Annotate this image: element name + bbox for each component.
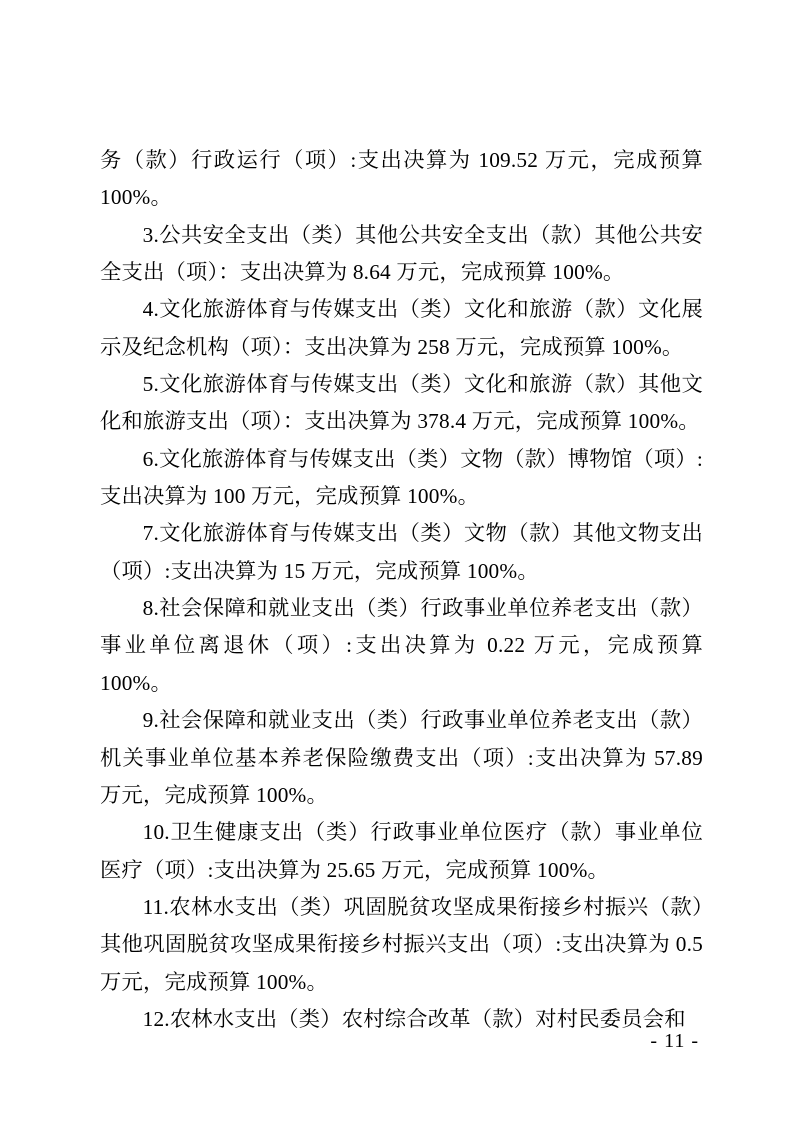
paragraph-continuation-item2: 务（款）行政运行（项）:支出决算为 109.52 万元，完成预算 100%。 [100, 142, 703, 217]
paragraph-item12: 12.农林水支出（类）农村综合改革（款）对村民委员会和 [100, 1001, 703, 1038]
document-body-text: 务（款）行政运行（项）:支出决算为 109.52 万元，完成预算 100%。 3… [100, 142, 703, 1038]
paragraph-item8: 8.社会保障和就业支出（类）行政事业单位养老支出（款）事业单位离退休（项）:支出… [100, 590, 703, 702]
paragraph-item5: 5.文化旅游体育与传媒支出（类）文化和旅游（款）其他文化和旅游支出（项）：支出决… [100, 366, 703, 441]
paragraph-item4: 4.文化旅游体育与传媒支出（类）文化和旅游（款）文化展示及纪念机构（项）：支出决… [100, 291, 703, 366]
paragraph-item11: 11.农林水支出（类）巩固脱贫攻坚成果衔接乡村振兴（款）其他巩固脱贫攻坚成果衔接… [100, 889, 703, 1001]
paragraph-item9: 9.社会保障和就业支出（类）行政事业单位养老支出（款）机关事业单位基本养老保险缴… [100, 702, 703, 814]
document-page: 务（款）行政运行（项）:支出决算为 109.52 万元，完成预算 100%。 3… [0, 0, 793, 1122]
paragraph-item3: 3.公共安全支出（类）其他公共安全支出（款）其他公共安全支出（项）：支出决算为 … [100, 217, 703, 292]
paragraph-item6: 6.文化旅游体育与传媒支出（类）文物（款）博物馆（项）:支出决算为 100 万元… [100, 441, 703, 516]
paragraph-item10: 10.卫生健康支出（类）行政事业单位医疗（款）事业单位医疗（项）:支出决算为 2… [100, 814, 703, 889]
paragraph-item7: 7.文化旅游体育与传媒支出（类）文物（款）其他文物支出（项）:支出决算为 15 … [100, 515, 703, 590]
page-number: - 11 - [650, 1030, 699, 1052]
